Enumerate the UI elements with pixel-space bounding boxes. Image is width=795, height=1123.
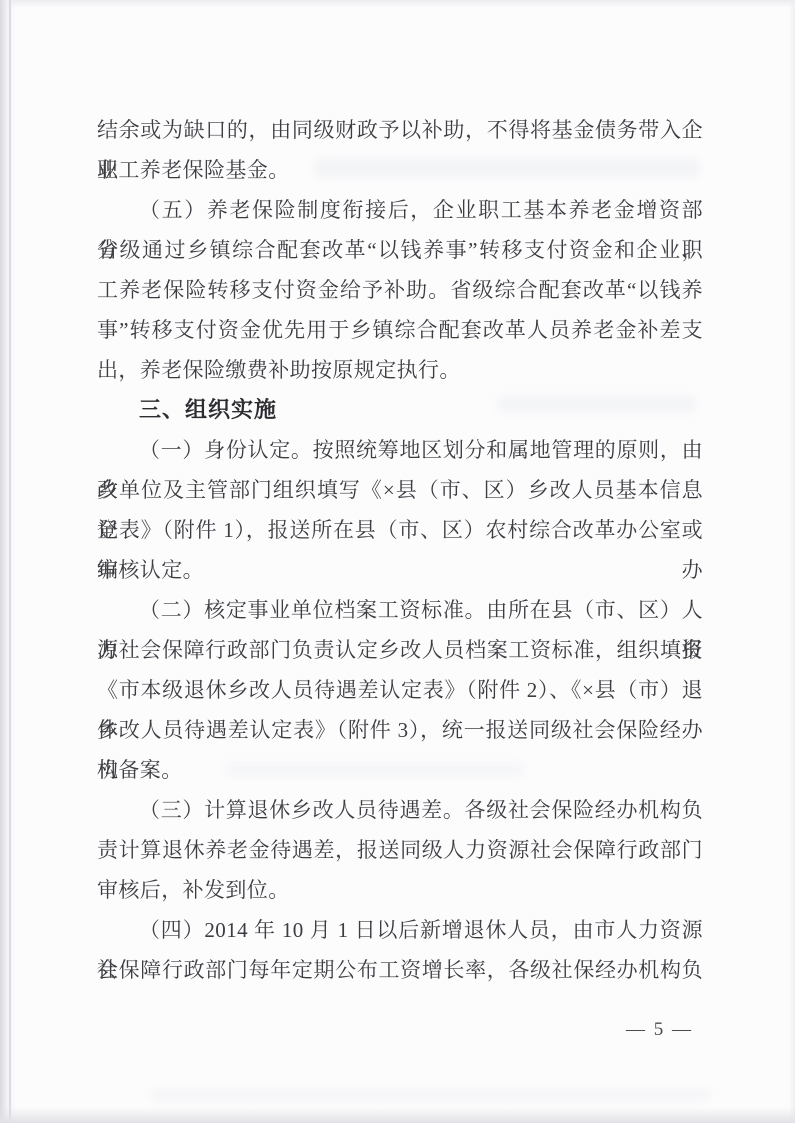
body-line: 构备案。	[97, 750, 703, 790]
paragraph-start-line: （五）养老保险制度衔接后，企业职工基本养老金增资部分，	[97, 190, 703, 230]
body-line: 工养老保险转移支付资金给予补助。省级综合配套改革“以钱养	[97, 270, 703, 310]
scan-edge-left	[0, 0, 16, 1123]
scan-edge-right	[789, 0, 795, 1123]
page-number: — 5 —	[626, 1016, 693, 1044]
section-heading: 三、组织实施	[97, 390, 703, 430]
paragraph-start-line: （三）计算退休乡改人员待遇差。各级社会保险经办机构负	[97, 790, 703, 830]
body-line: 源社会保障行政部门负责认定乡改人员档案工资标准，组织填报	[97, 630, 703, 670]
scan-fold-line	[9, 0, 11, 1123]
ink-bleed-artifact	[150, 1088, 710, 1102]
body-line: 结余或为缺口的，由同级财政予以补助，不得将基金债务带入企业	[97, 110, 703, 150]
paragraph-start-line: （四）2014 年 10 月 1 日以后新增退休人员，由市人力资源社	[97, 910, 703, 950]
body-line: 出，养老保险缴费补助按原规定执行。	[97, 350, 703, 390]
body-line: 改单位及主管部门组织填写《×县（市、区）乡改人员基本信息登	[97, 470, 703, 510]
scan-edge-top	[0, 0, 795, 8]
paragraph-start-line: （二）核定事业单位档案工资标准。由所在县（市、区）人力资	[97, 590, 703, 630]
document-body: 结余或为缺口的，由同级财政予以补助，不得将基金债务带入企业 职工养老保险基金。 …	[97, 110, 703, 990]
body-line: 《市本级退休乡改人员待遇差认定表》（附件 2）、《×县（市）退休	[97, 670, 703, 710]
body-line: 会保障行政部门每年定期公布工资增长率，各级社保经办机构负	[97, 950, 703, 990]
scan-edge-bottom	[0, 1107, 795, 1123]
body-line: 职工养老保险基金。	[97, 150, 703, 190]
scanned-document-page: 结余或为缺口的，由同级财政予以补助，不得将基金债务带入企业 职工养老保险基金。 …	[0, 0, 795, 1123]
body-line: 审核后，补发到位。	[97, 870, 703, 910]
body-line: 责计算退休养老金待遇差，报送同级人力资源社会保障行政部门	[97, 830, 703, 870]
body-line: 事”转移支付资金优先用于乡镇综合配套改革人员养老金补差支	[97, 310, 703, 350]
paragraph-start-line: （一）身份认定。按照统筹地区划分和属地管理的原则，由乡	[97, 430, 703, 470]
body-line: 省级通过乡镇综合配套改革“以钱养事”转移支付资金和企业职	[97, 230, 703, 270]
body-line: 记表》（附件 1），报送所在县（市、区）农村综合改革办公室或编办	[97, 510, 703, 550]
body-line: 乡改人员待遇差认定表》（附件 3），统一报送同级社会保险经办机	[97, 710, 703, 750]
